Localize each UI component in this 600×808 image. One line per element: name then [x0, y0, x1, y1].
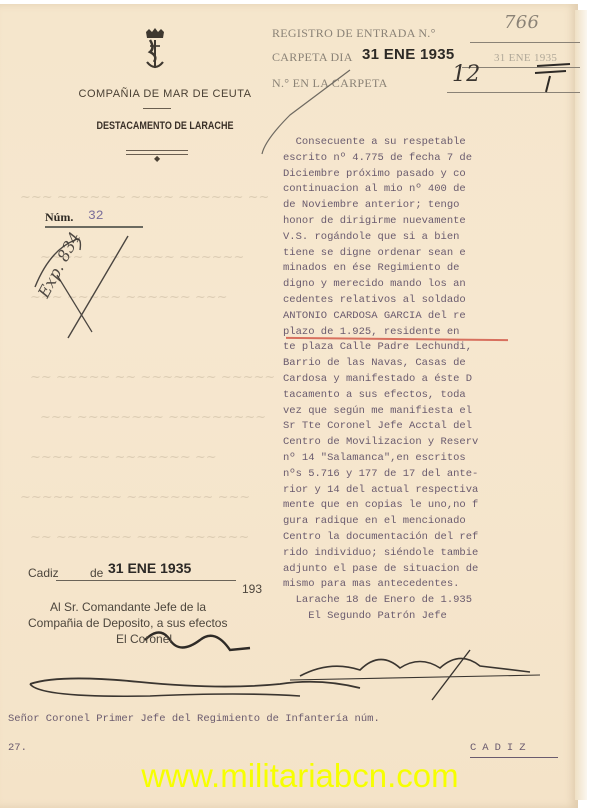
body-line: nºs 5.716 y 177 de 17 del ante- — [283, 467, 583, 483]
body-line: Sr Tte Coronel Jefe Acctal del — [283, 419, 583, 435]
body-line: escrito nº 4.775 de fecha 7 de — [283, 151, 583, 167]
body-line: Centro de Movilizacion y Reserv — [283, 435, 583, 451]
addressee-city: CADIZ — [470, 742, 532, 754]
endorsement-line-2: Compañia de Deposito, a sus efectos — [28, 616, 227, 630]
body-line: rior y 14 del actual respectiva — [283, 483, 583, 499]
body-line: Consecuente a su respetable — [283, 135, 583, 151]
body-line: tacamento a sus efectos, toda — [283, 388, 583, 404]
watermark-link: www.militariabcn.com — [0, 757, 600, 795]
body-line: tiene se digne ordenar sean e — [283, 246, 583, 262]
body-line: ANTONIO CARDOSA GARCIA del re — [283, 309, 583, 325]
body-line: vez que según me manifiesta el — [283, 404, 583, 420]
divider — [56, 580, 236, 581]
addressee-line: Señor Coronel Primer Jefe del Regimiento… — [8, 713, 578, 725]
endorsement-year: 193 — [242, 582, 262, 596]
body-line: minados en ése Regimiento de — [283, 261, 583, 277]
body-line: rido individuo; siéndole tambie — [283, 546, 583, 562]
body-line: honor de dirigirme nuevamente — [283, 214, 583, 230]
body-line: digno y merecido mando los an — [283, 277, 583, 293]
endorsement-line-1: Al Sr. Comandante Jefe de la — [50, 600, 206, 614]
body-line: mismo para mas antecedentes. — [283, 577, 583, 593]
body-line: Centro la documentación del ref — [283, 530, 583, 546]
body-line: Barrio de las Navas, Casas de — [283, 356, 583, 372]
endorsement-city: Cadiz — [28, 566, 59, 580]
body-line: Larache 18 de Enero de 1.935 — [283, 593, 583, 609]
body-line: Diciembre próximo pasado y co — [283, 167, 583, 183]
body-line: mente que en copias le uno,no f — [283, 498, 583, 514]
body-line: nº 14 "Salamanca",en escritos — [283, 451, 583, 467]
body-line: cedentes relativos al soldado — [283, 293, 583, 309]
body-line: gura radique en el mencionado — [283, 514, 583, 530]
body-line: Cardosa y manifestado a éste D — [283, 372, 583, 388]
body-line: continuacion al mio nº 400 de — [283, 182, 583, 198]
body-line: El Segundo Patrón Jefe — [283, 609, 583, 625]
endorsement-line-3: El Coronel — [116, 632, 172, 646]
endorsement-date-stamp: 31 ENE 1935 — [108, 560, 191, 576]
body-line: adjunto el pase de situacion de — [283, 562, 583, 578]
body-line: V.S. rogándole que si a bien — [283, 230, 583, 246]
letter-body: Consecuente a su respetableescrito nº 4.… — [283, 135, 583, 625]
addressee-number: 27. — [8, 742, 27, 754]
endorsement-de: de — [90, 566, 103, 580]
body-line: te plaza Calle Padre Lechundi, — [283, 340, 583, 356]
body-line: de Noviembre anterior; tengo — [283, 198, 583, 214]
